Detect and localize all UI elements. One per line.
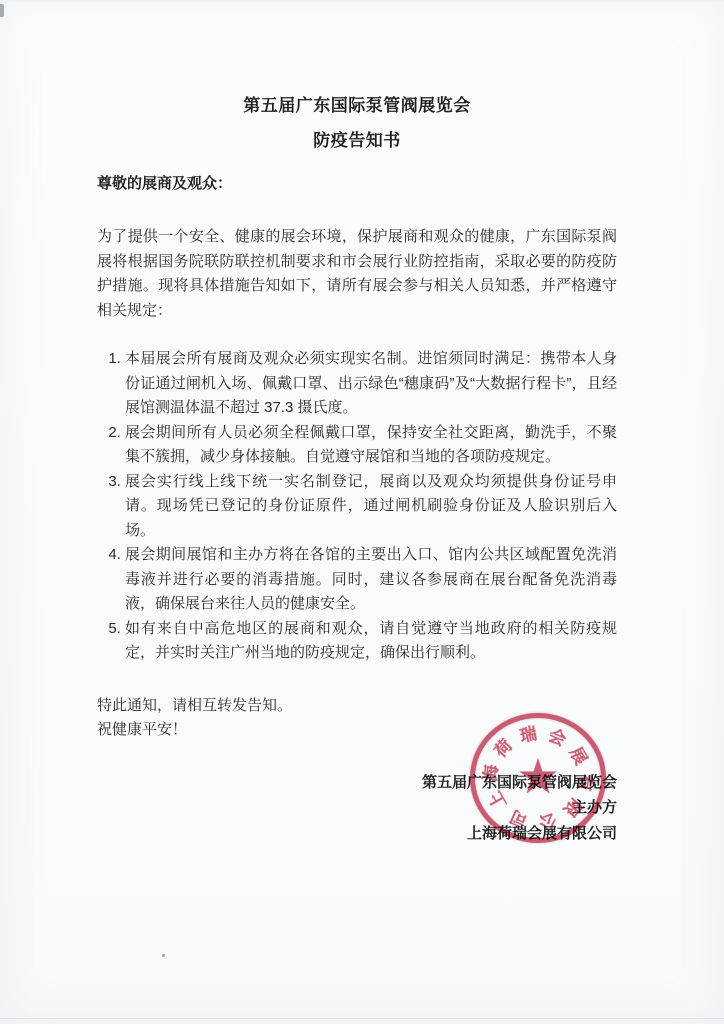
rule-item: 展会期间展馆和主办方将在各馆的主要出入口、馆内公共区域配置免洗消毒液并进行必要的… bbox=[125, 543, 617, 617]
scan-edge-bottom bbox=[0, 1018, 724, 1019]
page-subtitle: 防疫告知书 bbox=[97, 129, 617, 153]
rule-item: 展会实行线上线下统一实名制登记，展商以及观众均须提供身份证号申请。现场凭已登记的… bbox=[125, 470, 617, 544]
signature-exhibition-name: 第五届广东国际泵管阀展览会 bbox=[97, 770, 617, 796]
closing-line: 特此通知，请相互转发告知。 bbox=[97, 694, 617, 719]
rule-item: 展会期间所有人员必须全程佩戴口罩，保持安全社交距离，勤洗手，不聚集不簇拥，减少身… bbox=[125, 421, 617, 470]
closing-wish-line: 祝健康平安！ bbox=[97, 718, 617, 743]
page-title: 第五届广东国际泵管阀展览会 bbox=[97, 94, 617, 118]
signature-organizer-label: 主办方 bbox=[97, 795, 617, 821]
signature-company-name: 上海荷瑞会展有限公司 bbox=[97, 821, 617, 847]
signature-block: 第五届广东国际泵管阀展览会 主办方 上海荷瑞会展有限公司 bbox=[97, 770, 617, 847]
scan-speck-artifact bbox=[162, 954, 165, 957]
rules-list: 本届展会所有展商及观众必须实现实名制。进馆须同时满足：携带本人身份证通过闸机入场… bbox=[97, 347, 617, 666]
scanned-notice-page: 第五届广东国际泵管阀展览会 防疫告知书 尊敬的展商及观众： 为了提供一个安全、健… bbox=[0, 0, 724, 1024]
rule-item: 如有来自中高危地区的展商和观众，请自觉遵守当地政府的相关防疫规定，并实时关注广州… bbox=[125, 617, 617, 666]
rule-item: 本届展会所有展商及观众必须实现实名制。进馆须同时满足：携带本人身份证通过闸机入场… bbox=[125, 347, 617, 421]
intro-paragraph: 为了提供一个安全、健康的展会环境，保护展商和观众的健康，广东国际泵阀展将根据国务… bbox=[97, 225, 617, 323]
notice-body: 第五届广东国际泵管阀展览会 防疫告知书 尊敬的展商及观众： 为了提供一个安全、健… bbox=[97, 0, 617, 846]
scan-corner-artifact bbox=[0, 4, 4, 17]
salutation: 尊敬的展商及观众： bbox=[97, 172, 617, 196]
